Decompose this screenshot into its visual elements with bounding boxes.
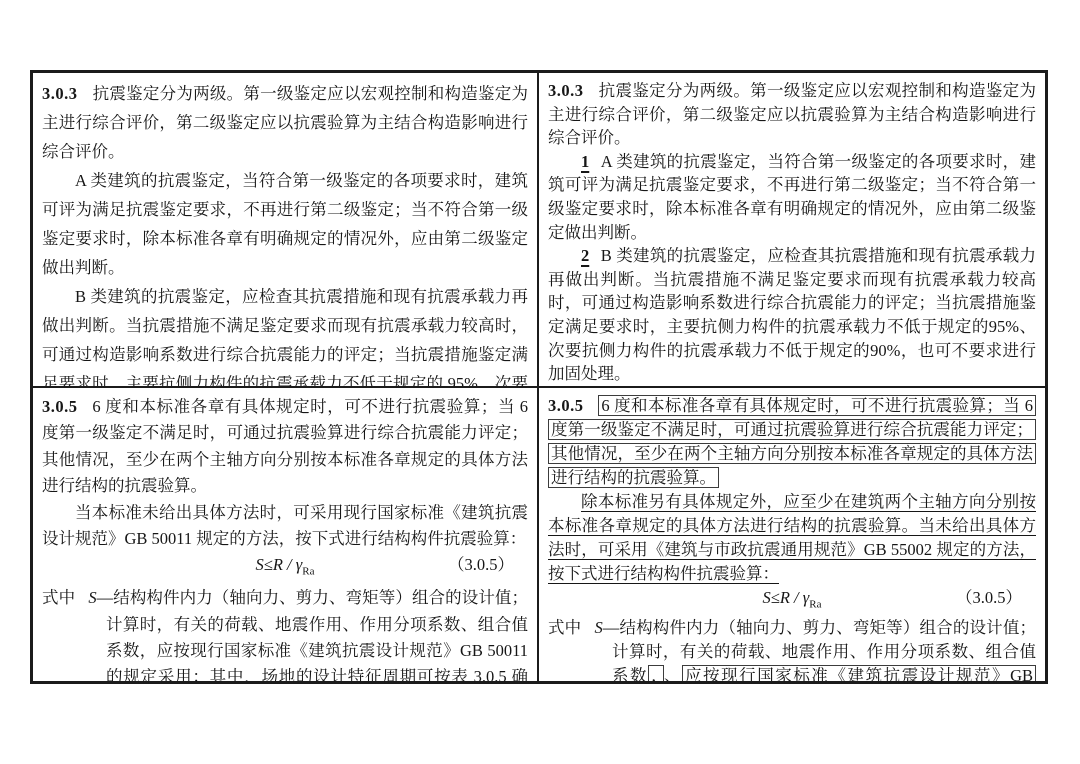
formula-equation-number: （3.0.5）: [956, 586, 1022, 610]
item-2-class-b-revised: 2B 类建筑的抗震鉴定，应检查其抗震措施和现有抗震承载力再做出判断。当抗震措施不…: [548, 244, 1036, 386]
formula-expression: S≤R / γRa: [763, 588, 822, 607]
item-text: A 类建筑的抗震鉴定，当符合第一级鉴定的各项要求时，建筑可评为满足抗震鉴定要求，…: [548, 152, 1036, 242]
where-label: 式中: [548, 618, 581, 637]
item-number-inserted: 1: [581, 152, 589, 171]
paragraph-class-b-original: B 类建筑的抗震鉴定，应检查其抗震措施和现有抗震承载力再做出判断。当抗震措施不满…: [42, 282, 528, 388]
cell-original-3-0-3: 3.0.3抗震鉴定分为两级。第一级鉴定应以宏观控制和构造鉴定为主进行综合评价，第…: [33, 73, 539, 388]
formula-3-0-5-revised: S≤R / γRa（3.0.5）: [548, 586, 1036, 616]
clause-3-0-5-intro-revised: 3.0.56 度和本标准各章有具体规定时，可不进行抗震验算；当 6 度第一级鉴定…: [548, 394, 1036, 490]
formula-equation-number: （3.0.5）: [448, 552, 514, 578]
cell-original-3-0-5: 3.0.56 度和本标准各章有具体规定时，可不进行抗震验算；当 6 度第一级鉴定…: [33, 388, 539, 681]
document-page: 3.0.3抗震鉴定分为两级。第一级鉴定应以宏观控制和构造鉴定为主进行综合评价，第…: [0, 0, 1080, 764]
legend-text: —结构构件内力（轴向力、剪力、弯矩等）组合的设计值；计算时，有关的荷载、地震作用…: [97, 588, 528, 681]
clause-3-0-3-intro-revised: 3.0.3抗震鉴定分为两级。第一级鉴定应以宏观控制和构造鉴定为主进行综合评价，第…: [548, 79, 1036, 150]
paragraph-method-original: 当本标准未给出具体方法时，可采用现行国家标准《建筑抗震设计规范》GB 50011…: [42, 500, 528, 553]
inserted-text: 除本标准另有具体规定外，应至少在建筑两个主轴方向分别按本标准各章规定的具体方法进…: [548, 492, 1036, 583]
clause-3-0-5-intro-original: 3.0.56 度和本标准各章有具体规定时，可不进行抗震验算；当 6 度第一级鉴定…: [42, 394, 528, 500]
item-text: B 类建筑的抗震鉴定，应检查其抗震措施和现有抗震承载力再做出判断。当抗震措施不满…: [548, 246, 1036, 383]
formula-expression: S≤R / γRa: [256, 555, 315, 574]
inserted-separator: 、: [664, 666, 682, 681]
formula-legend-original: 式中S—结构构件内力（轴向力、剪力、弯矩等）组合的设计值；计算时，有关的荷载、地…: [42, 585, 528, 681]
clause-intro-text: 6 度和本标准各章有具体规定时，可不进行抗震验算；当 6 度第一级鉴定不满足时，…: [42, 397, 528, 495]
clause-number: 3.0.3: [548, 81, 584, 100]
formula-3-0-5-original: S≤R / γRa（3.0.5）: [42, 552, 528, 585]
paragraph-text: B 类建筑的抗震鉴定，应检查其抗震措施和现有抗震承载力再做出判断。当抗震措施不满…: [42, 287, 528, 388]
symbol-s: S: [88, 588, 96, 607]
item-number-inserted: 2: [581, 246, 589, 265]
paragraph-method-inserted: 除本标准另有具体规定外，应至少在建筑两个主轴方向分别按本标准各章规定的具体方法进…: [548, 490, 1036, 586]
paragraph-class-a-original: A 类建筑的抗震鉴定，当符合第一级鉴定的各项要求时，建筑可评为满足抗震鉴定要求，…: [42, 166, 528, 282]
deleted-comma-boxed: ，: [648, 665, 664, 681]
formula-legend-revised: 式中S—结构构件内力（轴向力、剪力、弯矩等）组合的设计值；计算时，有关的荷载、地…: [548, 616, 1036, 681]
clause-number: 3.0.3: [42, 84, 78, 103]
deleted-text-boxed: 6 度和本标准各章有具体规定时，可不进行抗震验算；当 6 度第一级鉴定不满足时，…: [548, 395, 1036, 488]
clause-number: 3.0.5: [42, 397, 78, 416]
clause-number: 3.0.5: [548, 396, 584, 415]
symbol-s: S: [595, 618, 603, 637]
clause-3-0-3-intro-original: 3.0.3抗震鉴定分为两级。第一级鉴定应以宏观控制和构造鉴定为主进行综合评价，第…: [42, 79, 528, 166]
comparison-table: 3.0.3抗震鉴定分为两级。第一级鉴定应以宏观控制和构造鉴定为主进行综合评价，第…: [30, 70, 1048, 684]
cell-revised-3-0-5: 3.0.56 度和本标准各章有具体规定时，可不进行抗震验算；当 6 度第一级鉴定…: [539, 388, 1045, 681]
cell-revised-3-0-3: 3.0.3抗震鉴定分为两级。第一级鉴定应以宏观控制和构造鉴定为主进行综合评价，第…: [539, 73, 1045, 388]
formula-subscript: Ra: [302, 566, 314, 578]
item-1-class-a-revised: 1A 类建筑的抗震鉴定，当符合第一级鉴定的各项要求时，建筑可评为满足抗震鉴定要求…: [548, 150, 1036, 244]
paragraph-text: 当本标准未给出具体方法时，可采用现行国家标准《建筑抗震设计规范》GB 50011…: [42, 503, 528, 548]
formula-main: S≤R / γ: [763, 588, 810, 607]
where-label: 式中: [42, 588, 75, 607]
formula-main: S≤R / γ: [256, 555, 303, 574]
paragraph-text: A 类建筑的抗震鉴定，当符合第一级鉴定的各项要求时，建筑可评为满足抗震鉴定要求，…: [42, 171, 528, 277]
clause-intro-text: 抗震鉴定分为两级。第一级鉴定应以宏观控制和构造鉴定为主进行综合评价，第二级鉴定应…: [548, 81, 1036, 147]
formula-subscript: Ra: [809, 598, 821, 610]
clause-intro-text: 抗震鉴定分为两级。第一级鉴定应以宏观控制和构造鉴定为主进行综合评价，第二级鉴定应…: [42, 84, 528, 161]
